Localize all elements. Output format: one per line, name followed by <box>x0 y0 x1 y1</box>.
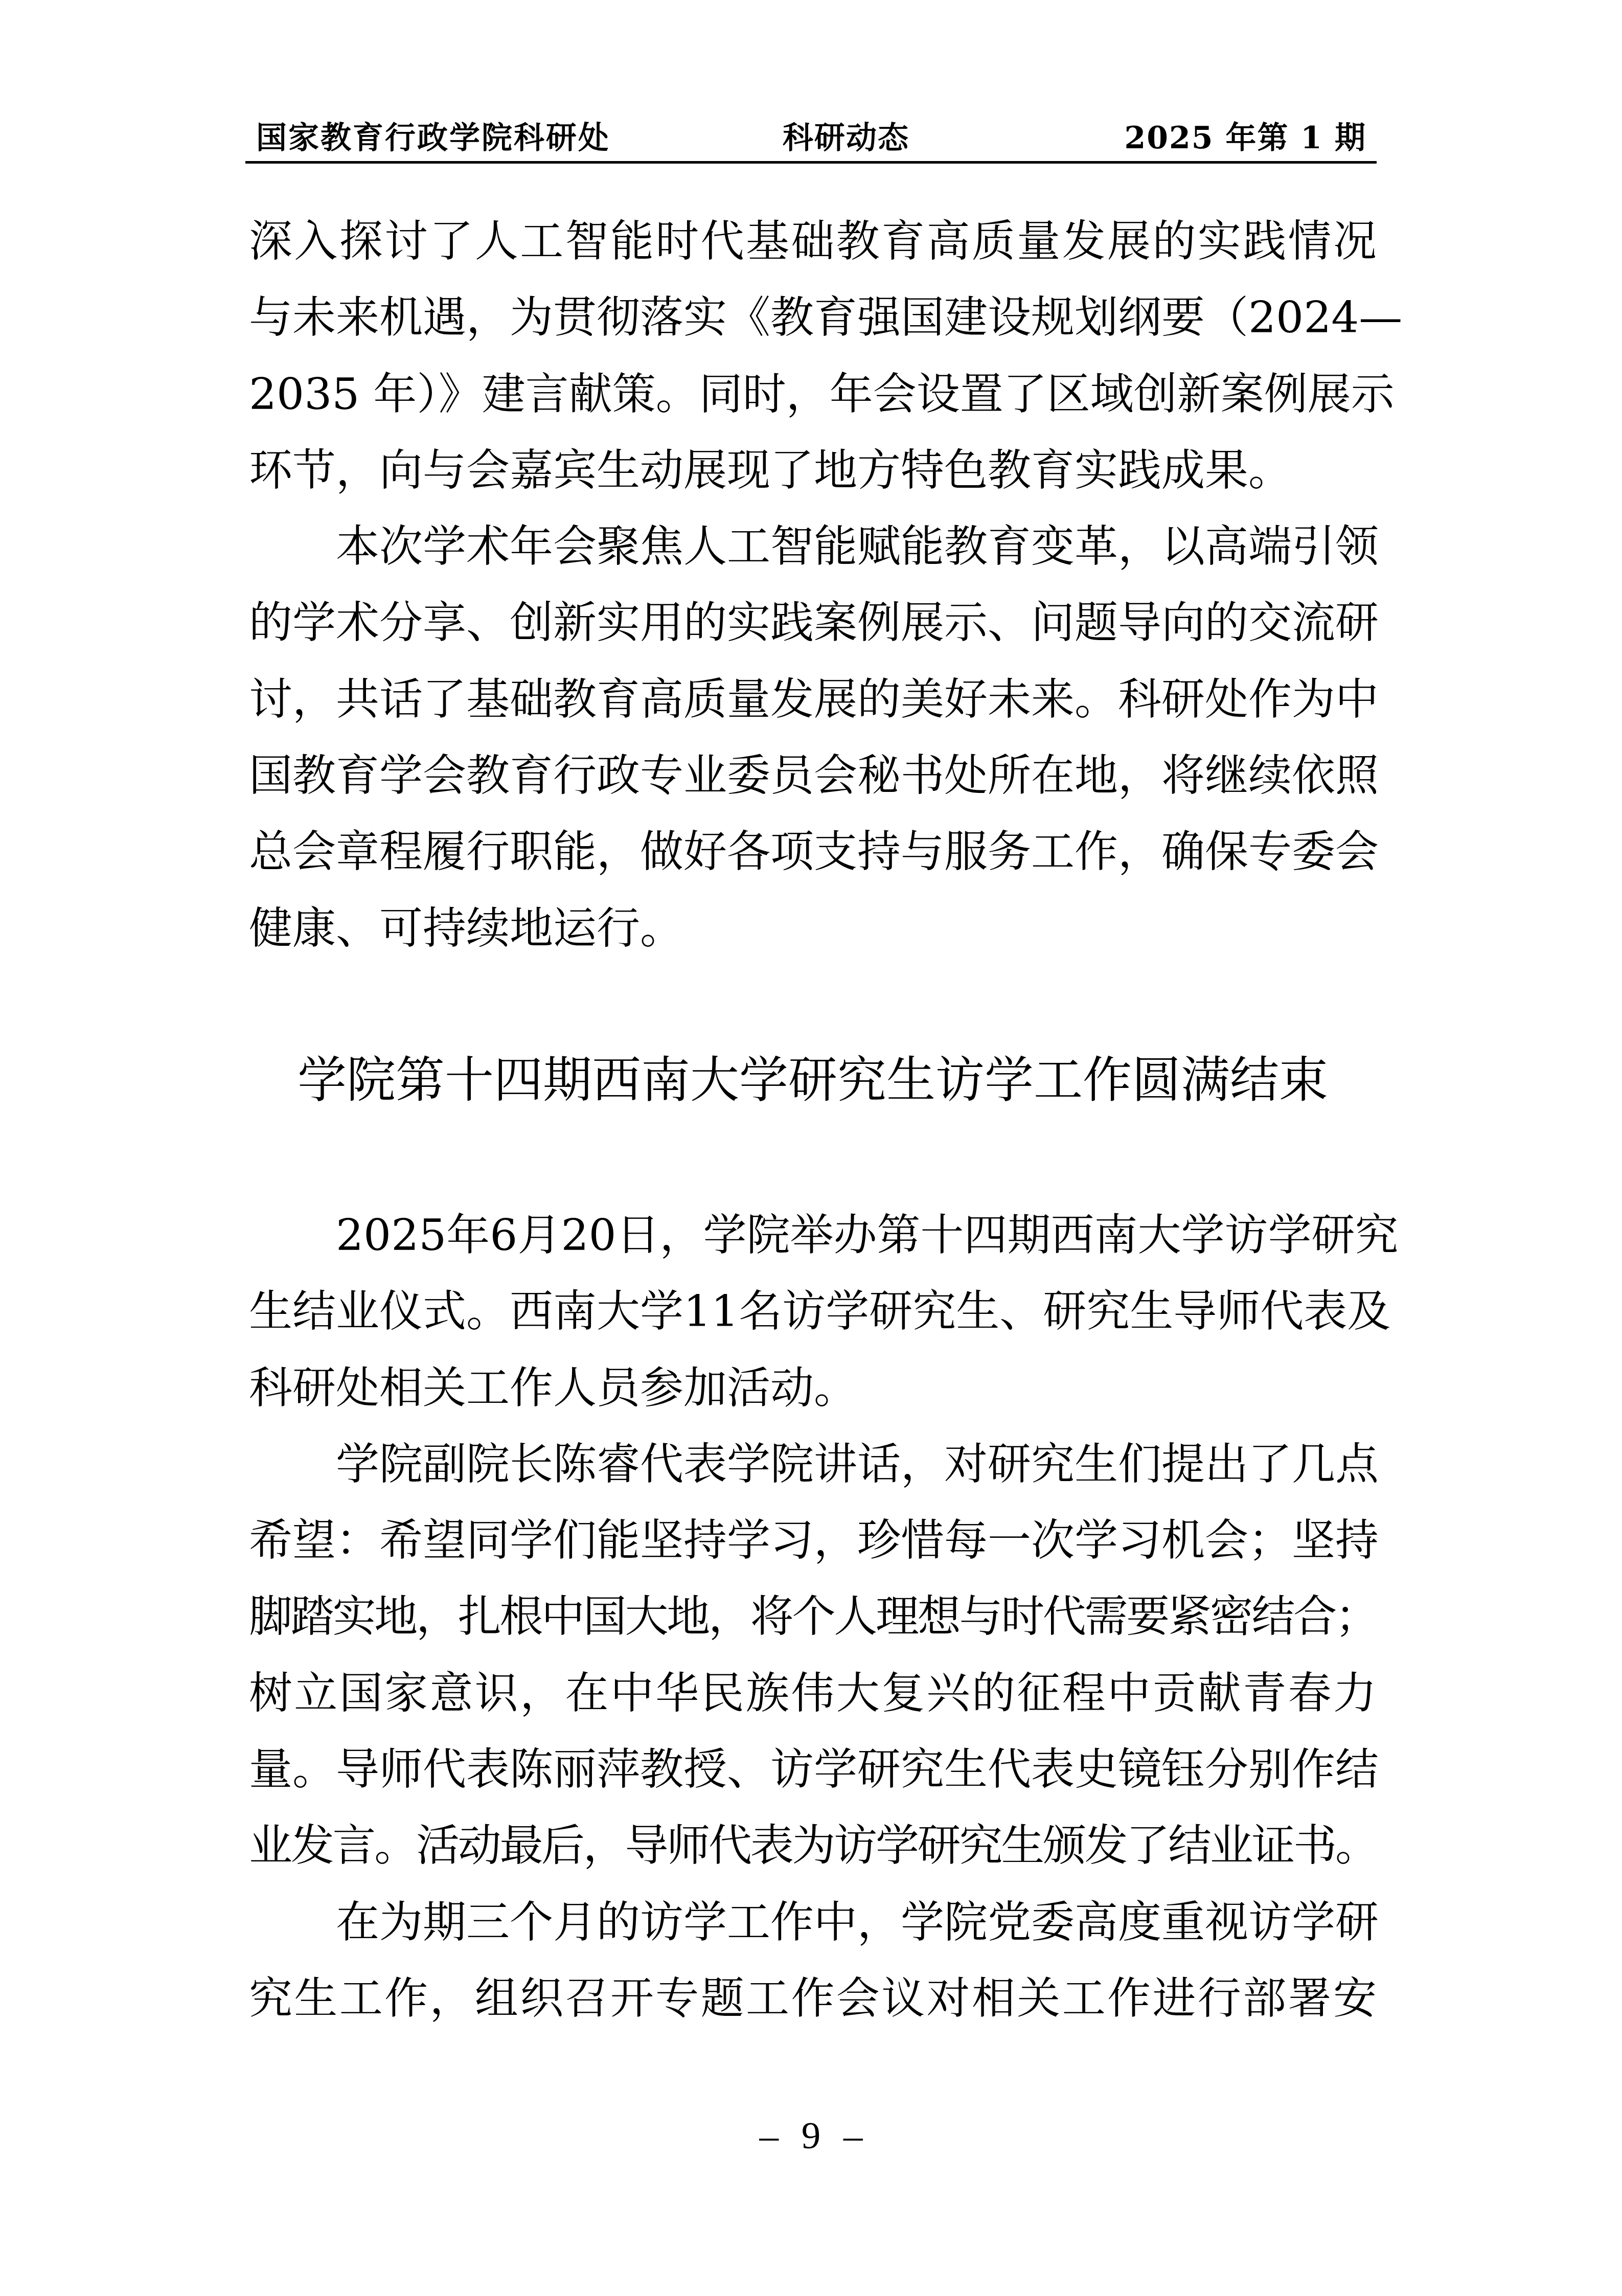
paragraph: 在为期三个月的访学工作中，学院党委高度重视访学研 究生工作，组织召开专题工作会议… <box>249 1884 1377 2037</box>
paragraph-line: 脚踏实地，扎根中国大地，将个人理想与时代需要紧密结合； <box>249 1579 1377 1655</box>
paragraph-line: 讨，共话了基础教育高质量发展的美好未来。科研处作为中 <box>249 662 1377 738</box>
paragraph-line: 深入探讨了人工智能时代基础教育高质量发展的实践情况 <box>249 203 1377 280</box>
paragraph-line: 究生工作，组织召开专题工作会议对相关工作进行部署安 <box>249 1961 1377 2037</box>
paragraph: 2025年6月20日，学院举办第十四期西南大学访学研究 生结业仪式。西南大学11… <box>249 1197 1377 1426</box>
paragraph: 学院副院长陈睿代表学院讲话，对研究生们提出了几点 希望：希望同学们能坚持学习，珍… <box>249 1426 1377 1884</box>
paragraph-line: 健康、可持续地运行。 <box>249 891 1377 967</box>
paragraph-line: 业发言。活动最后，导师代表为访学研究生颁发了结业证书。 <box>249 1808 1377 1884</box>
paragraph-line: 生结业仪式。西南大学11名访学研究生、研究生导师代表及 <box>249 1274 1377 1350</box>
paragraph-line: 2035 年）》建言献策。同时，年会设置了区域创新案例展示 <box>249 356 1377 433</box>
article-title: 学院第十四期西南大学研究生访学工作圆满结束 <box>249 1041 1377 1118</box>
header-issue-number: 2025 年第 1 期 <box>1125 121 1366 155</box>
paragraph: 本次学术年会聚焦人工智能赋能教育变革，以高端引领 的学术分享、创新实用的实践案例… <box>249 509 1377 967</box>
header-organization: 国家教育行政学院科研处 <box>256 121 610 155</box>
paragraph-line: 量。导师代表陈丽萍教授、访学研究生代表史镜钰分别作结 <box>249 1732 1377 1808</box>
paragraph-line: 与未来机遇，为贯彻落实《教育强国建设规划纲要（2024— <box>249 280 1377 356</box>
paragraph-line: 学院副院长陈睿代表学院讲话，对研究生们提出了几点 <box>249 1426 1377 1503</box>
paragraph: 深入探讨了人工智能时代基础教育高质量发展的实践情况 与未来机遇，为贯彻落实《教育… <box>249 203 1377 509</box>
paragraph-line: 总会章程履行职能，做好各项支持与服务工作，确保专委会 <box>249 814 1377 890</box>
article-body: 2025年6月20日，学院举办第十四期西南大学访学研究 生结业仪式。西南大学11… <box>249 1197 1377 2037</box>
document-page: 国家教育行政学院科研处 科研动态 2025 年第 1 期 深入探讨了人工智能时代… <box>0 0 1622 2296</box>
page-number: – 9 – <box>0 2114 1622 2158</box>
paragraph-line: 国教育学会教育行政专业委员会秘书处所在地，将继续依照 <box>249 738 1377 814</box>
header-rule-divider <box>245 161 1377 164</box>
paragraph-line: 的学术分享、创新实用的实践案例展示、问题导向的交流研 <box>249 585 1377 661</box>
paragraph-line: 树立国家意识，在中华民族伟大复兴的征程中贡献青春力 <box>249 1655 1377 1732</box>
paragraph-line: 科研处相关工作人员参加活动。 <box>249 1350 1377 1426</box>
paragraph-line: 本次学术年会聚焦人工智能赋能教育变革，以高端引领 <box>249 509 1377 585</box>
article-continued-body: 深入探讨了人工智能时代基础教育高质量发展的实践情况 与未来机遇，为贯彻落实《教育… <box>249 203 1377 967</box>
paragraph-line: 希望：希望同学们能坚持学习，珍惜每一次学习机会；坚持 <box>249 1503 1377 1579</box>
paragraph-line: 2025年6月20日，学院举办第十四期西南大学访学研究 <box>249 1197 1377 1274</box>
paragraph-line: 环节，向与会嘉宾生动展现了地方特色教育实践成果。 <box>249 433 1377 509</box>
header-publication-title: 科研动态 <box>783 121 909 155</box>
paragraph-line: 在为期三个月的访学工作中，学院党委高度重视访学研 <box>249 1884 1377 1961</box>
